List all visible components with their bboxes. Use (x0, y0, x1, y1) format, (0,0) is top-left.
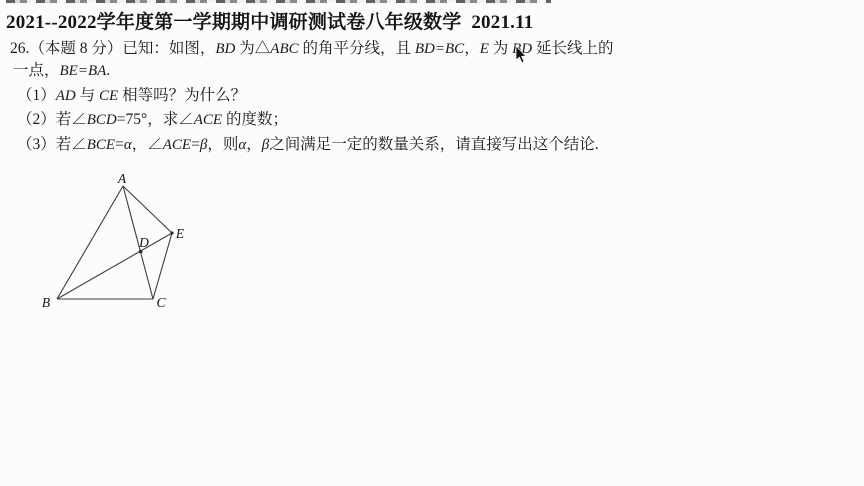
top-edge-artifact (6, 0, 551, 3)
geometry-figure: A B C D E (20, 165, 200, 320)
problem-item-1: （1）AD 与 CE 相等吗？为什么？ (17, 83, 246, 105)
point-e-dot (170, 231, 173, 234)
vertex-label-c: C (156, 295, 166, 310)
segment-be (57, 233, 172, 299)
segment-ab (57, 186, 123, 299)
mouse-cursor (515, 45, 527, 64)
page-title: 2021--2022学年度第一学期期中调研测试卷八年级数学 2021.11 (6, 7, 533, 34)
problem-item-2: （2）若∠BCD=75°，求∠ACE 的度数； (17, 107, 288, 129)
problem-item-3: （3）若∠BCE=α，∠ACE=β，则α，β之间满足一定的数量关系，请直接写出这… (17, 132, 599, 154)
vertex-label-d: D (138, 235, 149, 250)
document-page: { "title": "2021--2022学年度第一学期期中调研测试卷八年级数… (0, 0, 864, 486)
vertex-label-a: A (117, 171, 127, 186)
cursor-arrow-icon (516, 46, 526, 63)
vertex-label-e: E (175, 226, 185, 241)
figure-lines (57, 186, 172, 299)
problem-statement-line-2: 一点，BE=BA. (13, 58, 110, 80)
point-d-dot (139, 250, 143, 254)
segment-ae (123, 186, 172, 233)
vertex-label-b: B (42, 295, 50, 310)
